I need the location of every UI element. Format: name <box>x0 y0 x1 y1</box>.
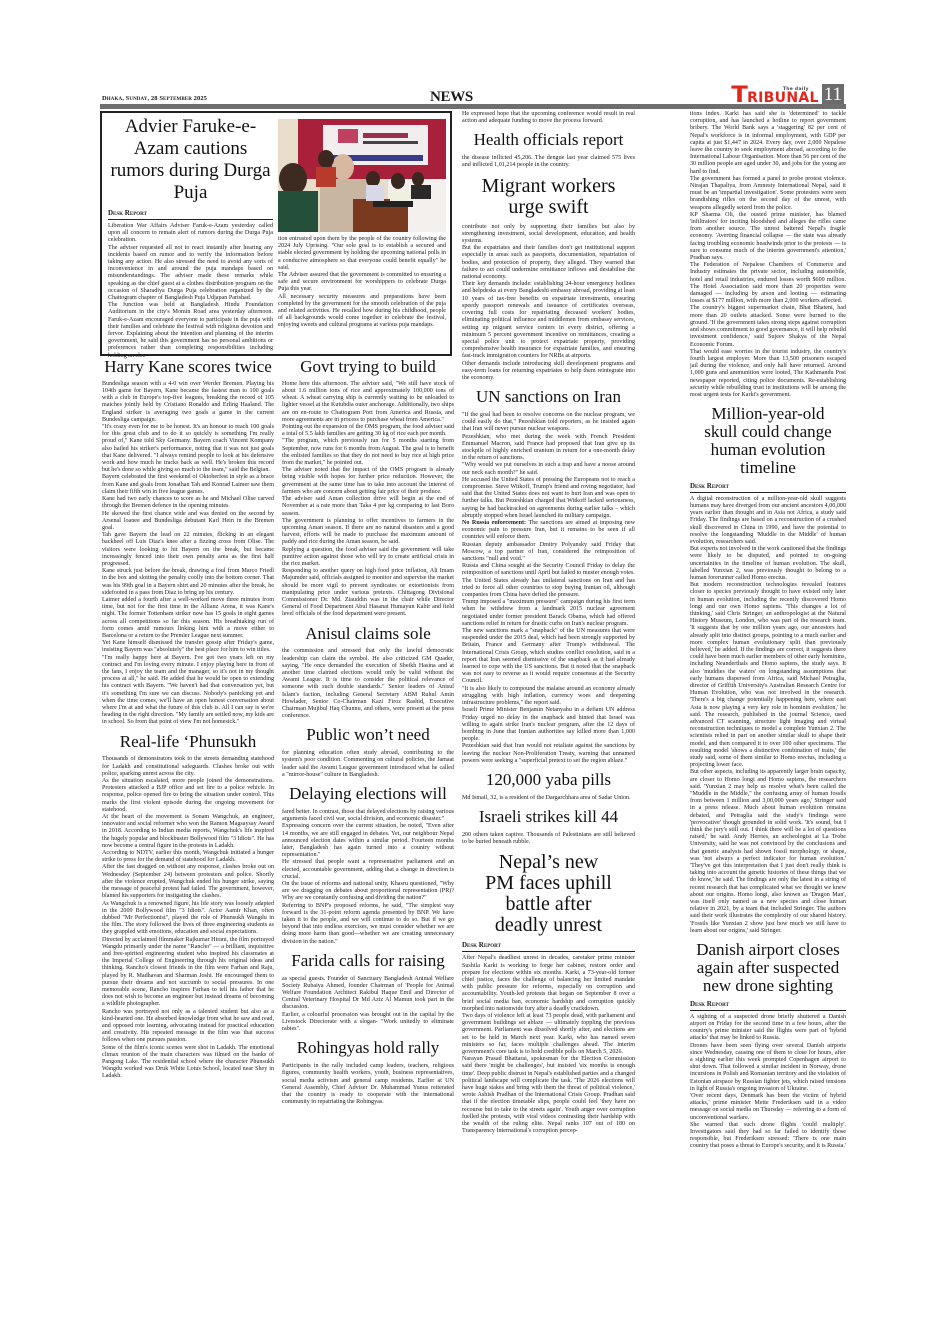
paragraph: No Russia enforcement: The sanctions are… <box>462 520 635 542</box>
headline: Harry Kane scores twice <box>102 358 274 376</box>
paragraph: The adviser requested all not to react i… <box>108 245 273 303</box>
paragraph: Replying a question, the food adviser sa… <box>282 547 454 569</box>
paragraph: tions index. Karki has said she is 'dete… <box>690 111 846 176</box>
paragraph: The country's biggest supermarket chain,… <box>690 305 846 348</box>
article-israeli-strikes: Israeli strikes kill 44 200 others taken… <box>462 808 635 846</box>
paragraph: Referring to BNP's proposed reforms, he … <box>282 903 454 946</box>
byline: Desk Report <box>690 483 846 493</box>
paragraph: Directed by acclaimed filmmaker Rajkumar… <box>102 937 274 1009</box>
paragraph: After the fast dragged on without any re… <box>102 864 274 900</box>
subhead: No Russia enforcement: <box>462 520 526 526</box>
headline: Million-year-old skull could change huma… <box>690 405 846 476</box>
headline: Israeli strikes kill 44 <box>462 808 635 826</box>
byline: Desk Report <box>690 1001 846 1011</box>
paragraph: for planning education often study abroa… <box>282 750 454 779</box>
paragraph: Earlier, a colourful procession was brou… <box>282 1012 454 1034</box>
paragraph: 200 others taken captive. Thousands of P… <box>462 832 635 846</box>
paragraph: After Nepal's deadliest unrest in decade… <box>462 955 635 1013</box>
paragraph: Responding to another query on high food… <box>282 568 454 618</box>
paragraph: Drones have been seen flying over severa… <box>690 1043 846 1093</box>
paragraph: Liberation War Affairs Adviser Faruk-e-A… <box>108 223 273 245</box>
paragraph: Their key demands include: establishing … <box>462 281 635 360</box>
paragraph: 'Over recent days, Denmark has been the … <box>690 1093 846 1122</box>
headline: Migrant workers urge swift <box>462 176 635 218</box>
headline: Public won’t need <box>282 726 454 744</box>
article-danish-airport: Danish airport closes again after suspec… <box>690 941 846 1151</box>
article-un-sanctions-iran: UN sanctions on Iran "If the goal had be… <box>462 388 635 765</box>
paragraph: But other aspects, including its apparen… <box>690 769 846 935</box>
dateline: Dhaka, Sunday, 28 September 2025 <box>102 95 207 102</box>
article-migrant-workers: Migrant workers urge swift contribute no… <box>462 176 635 382</box>
paragraph: tion entrusted upon them by the people o… <box>278 236 446 272</box>
article-nepal-new-pm: Nepal’s new PM faces uphill battle after… <box>462 852 635 1135</box>
paragraph: Other demands include introducing skill … <box>462 361 635 383</box>
column-3: He expressed hope that the upcoming conf… <box>462 111 635 1136</box>
paragraph: Tah gave Bayern the lead on 22 minutes, … <box>102 532 274 568</box>
paragraph: That would ease worries in the tourist i… <box>690 349 846 399</box>
article-nepal-continued: tions index. Karki has said she is 'dete… <box>690 111 846 399</box>
paragraph: But the expatriates and their families d… <box>462 245 635 281</box>
headline: Nepal’s new PM faces uphill battle after… <box>462 852 635 936</box>
paragraph: He stressed that people want a represent… <box>282 859 454 881</box>
paragraph: A sighting of a suspected drone briefly … <box>690 1014 846 1043</box>
paragraph: Md Ismail, 32, is a resident of the Darg… <box>462 795 635 802</box>
article-harry-kane: Harry Kane scores twice Bundesliga seaso… <box>102 358 274 727</box>
paragraph: Russian deputy ambassador Dmitry Polyans… <box>462 542 635 564</box>
headline: Real-life ‘Phunsukh <box>102 733 274 751</box>
paragraph: The Adviser assured that the government … <box>278 272 446 294</box>
paragraph: Pointing out the expansion of the OMS pr… <box>282 424 454 438</box>
article-million-year-old-skull: Million-year-old skull could change huma… <box>690 405 846 935</box>
paragraph: Two days of violence left at least 73 pe… <box>462 1013 635 1056</box>
paragraph: "If the goal had been to resolve concern… <box>462 412 635 434</box>
paragraph: The government has formed a panel to pro… <box>690 176 846 212</box>
paragraph: Laimer added a fourth after a well-worke… <box>102 597 274 640</box>
paragraph: fared better. In contrast, those that de… <box>282 809 454 823</box>
paragraph: Some of the film's iconic scenes were sh… <box>102 1045 274 1081</box>
column-4: tions index. Karki has said she is 'dete… <box>690 111 846 1151</box>
paragraph: He accused the United States of pressing… <box>462 477 635 520</box>
paragraph: The United States already has unilateral… <box>462 578 635 600</box>
article-farida-calls: Farida calls for raising as special gues… <box>282 952 454 1033</box>
paragraph: "It is also likely to compound the malai… <box>462 686 635 708</box>
paragraph: Pezeshkian, who met during the week with… <box>462 434 635 463</box>
headline: 120,000 yaba pills <box>462 771 635 789</box>
paragraph: Rancho was portrayed not only as a talen… <box>102 1009 274 1045</box>
paragraph: "Why would we put ourselves in such a tr… <box>462 462 635 476</box>
headline: Farida calls for raising <box>282 952 454 970</box>
paragraph: She warned that such drone flights 'coul… <box>690 1122 846 1151</box>
paragraph: But experts not involved in the work cau… <box>690 546 846 582</box>
paragraph: On the issue of reforms and national uni… <box>282 881 454 903</box>
paragraph: the commission and stressed that only th… <box>282 648 454 720</box>
article-health-officials: Health officials report the disease infl… <box>462 131 635 169</box>
paragraph: Trump imposed a "maximum pressure" campa… <box>462 599 635 628</box>
paragraph: Russia and China sought at the Security … <box>462 563 635 577</box>
paragraph: At the heart of the movement is Sonam Wa… <box>102 814 274 850</box>
paragraph: "The program, which previously ran for 5… <box>282 438 454 467</box>
logo-the-daily: The daily <box>783 82 809 98</box>
paragraph: the disease inflicted 45,206. The dengue… <box>462 155 635 169</box>
photo-image-icon <box>278 119 446 232</box>
news-photo <box>278 119 446 232</box>
paragraph: Pezeshkian said that Iran would not reta… <box>462 743 635 765</box>
paragraph: Expressing concern over the current situ… <box>282 823 454 859</box>
headline: Advier Faruke-e-Azam cautions rumors dur… <box>108 116 273 204</box>
article-real-life-phunsukh: Real-life ‘Phunsukh Thousands of demonst… <box>102 733 274 1081</box>
paragraph: Participants in the rally included camp … <box>282 1063 454 1106</box>
paragraph: The adviser said Aman collection drive w… <box>282 496 454 518</box>
paragraph: KP Sharma Oli, the ousted prime minister… <box>690 212 846 262</box>
paragraph: But modern reconstruction technologies r… <box>690 582 846 769</box>
paragraph: The Federation of Nepalese Chambers of C… <box>690 262 846 305</box>
paragraph: The adviser noted that the impact of the… <box>282 467 454 496</box>
paragraph: As Wangchuk is a renowned figure, his li… <box>102 901 274 937</box>
page-number: 11 <box>822 84 844 106</box>
byline: Desk Report <box>462 942 635 952</box>
paragraph: According to NDTV, earlier this month, W… <box>102 850 274 864</box>
headline: Delaying elections will <box>282 785 454 803</box>
article-lead-durga-puja: Advier Faruke-e-Azam cautions rumors dur… <box>100 111 452 356</box>
masthead-rule <box>100 104 846 109</box>
paragraph: As the situation escalated, more people … <box>102 778 274 814</box>
paragraph: He expressed hope that the upcoming conf… <box>462 111 635 125</box>
article-delaying-elections: Delaying elections will fared better. In… <box>282 785 454 946</box>
headline: Health officials report <box>462 131 635 149</box>
headline: Anisul claims sole <box>282 625 454 643</box>
paragraph: A digital reconstruction of a million-ye… <box>690 496 846 546</box>
paragraph: The government is planning to offer ince… <box>282 518 454 547</box>
paragraph: "I'm really happy here at Bayern. I've g… <box>102 655 274 727</box>
paragraph: Thousands of demonstrators took to the s… <box>102 756 274 778</box>
paragraph: Israeli Prime Minister Benjamin Netanyah… <box>462 707 635 743</box>
headline: Danish airport closes again after suspec… <box>690 941 846 995</box>
article-yaba-pills: 120,000 yaba pills Md Ismail, 32, is a r… <box>462 771 635 802</box>
newspaper-page: Dhaka, Sunday, 28 September 2025 NEWS T … <box>100 0 846 1336</box>
paragraph: "It's crazy even for me to be honest. It… <box>102 424 274 474</box>
article-public-wont-need: Public won’t need for planning education… <box>282 726 454 779</box>
article-anisul-claims-sole: Anisul claims sole the commission and st… <box>282 625 454 721</box>
column-2: Govt trying to build Home here this afte… <box>282 358 454 1106</box>
column-1: Harry Kane scores twice Bundesliga seaso… <box>102 358 274 1081</box>
headline: Govt trying to build <box>282 358 454 376</box>
paragraph: He skewed the first chance wide and was … <box>102 511 274 533</box>
paragraph: All necessary security measures and prep… <box>278 294 446 330</box>
headline: Rohingyas hold rally <box>282 1039 454 1057</box>
paragraph: Yet Kane himself dismissed the transfer … <box>102 640 274 654</box>
paragraph: Home here this afternoon. The adviser sa… <box>282 381 454 424</box>
article-govt-trying-to-build: Govt trying to build Home here this afte… <box>282 358 454 619</box>
paragraph: as special guests. Founder of Sanctuary … <box>282 976 454 1012</box>
paragraph: Kane had two early chances to score as h… <box>102 496 274 510</box>
paragraph: The new sanctions mark a "snapback" of t… <box>462 628 635 686</box>
paragraph: Bayern celebrated the first weekend of O… <box>102 474 274 496</box>
paragraph: The function was held at Bangladesh Hind… <box>108 302 273 360</box>
paragraph: Kane struck just before the break, drawi… <box>102 568 274 597</box>
paragraph: Bundesliga season with a 4-0 win over We… <box>102 381 274 424</box>
paragraph: Narayan Prasad Bhattarai, spokesman for … <box>462 1056 635 1135</box>
paragraph: contribute not only by supporting their … <box>462 224 635 246</box>
article-rohingyas-rally: Rohingyas hold rally Participants in the… <box>282 1039 454 1106</box>
byline: Desk Report <box>108 209 273 220</box>
logo-first-letter: T <box>731 86 748 106</box>
newspaper-logo: T The daily RIBUNAL 11 <box>732 82 844 106</box>
headline: UN sanctions on Iran <box>462 388 635 406</box>
